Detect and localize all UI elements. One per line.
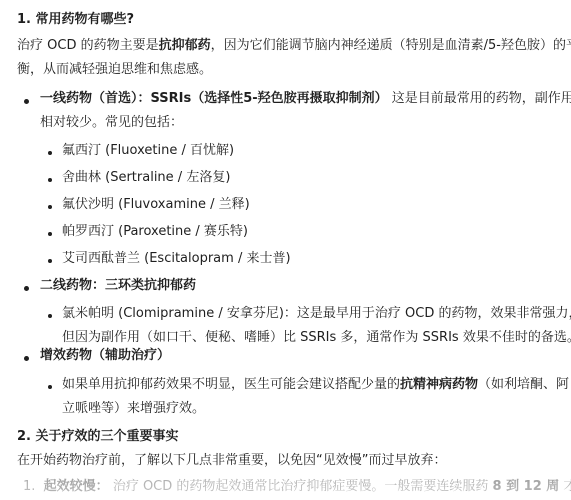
bullet-icon [48, 178, 52, 182]
augment-text-continued: （如利培酮、阿 [478, 377, 569, 392]
intro-text-continued: ，因为它们能调节脑内神经递质（特别是血清素/5-羟色胺）的平 [211, 38, 571, 53]
fact-number: 1. [23, 479, 35, 494]
fact-text-continued: 才能 [559, 479, 571, 494]
first-line-drugs-line2: 相对较少。常见的包括： [40, 111, 183, 135]
fact-title: 起效较慢： [44, 479, 109, 494]
bullet-icon [48, 232, 52, 236]
bullet-icon [24, 286, 29, 291]
intro-paragraph-line2: 衡，从而减轻强迫思维和焦虑感。 [17, 58, 212, 82]
bullet-icon [48, 205, 52, 209]
first-line-drugs-line1: 一线药物（首选）：SSRIs（选择性5-羟色胺再摄取抑制剂） 这是目前最常用的药… [40, 87, 571, 111]
drug-item: 氟伏沙明 (Fluvoxamine / 兰释) [62, 193, 250, 217]
section-heading-common-drugs: 1. 常用药物有哪些? [17, 10, 134, 30]
augment-bold-antipsychotics: 抗精神病药物 [400, 377, 478, 392]
bullet-icon [48, 151, 52, 155]
drug-item: 艾司西酞普兰 (Escitalopram / 来士普) [62, 247, 291, 271]
second-line-drugs-title: 二线药物：三环类抗抑郁药 [40, 274, 196, 298]
section-heading-efficacy-facts: 2. 关于疗效的三个重要事实 [17, 427, 179, 447]
intro-text: 治疗 OCD 的药物主要是 [17, 38, 159, 53]
clomipramine-line1: 氯米帕明 (Clomipramine / 安拿芬尼)：这是最早用于治疗 OCD … [62, 302, 571, 326]
augment-item-line1: 如果单用抗抑郁药效果不明显，医生可能会建议搭配少量的抗精神病药物（如利培酮、阿 [62, 373, 569, 397]
bullet-icon [48, 314, 52, 318]
drug-item: 舍曲林 (Sertraline / 左洛复) [62, 166, 230, 190]
drug-item: 帕罗西汀 (Paroxetine / 赛乐特) [62, 220, 248, 244]
section2-intro: 在开始药物治疗前，了解以下几点非常重要，以免因“见效慢”而过早放弃： [17, 449, 446, 473]
augment-drugs-title: 增效药物（辅助治疗） [40, 344, 170, 368]
drug-item: 氟西汀 (Fluoxetine / 百忧解) [62, 139, 234, 163]
first-line-title: 一线药物（首选）：SSRIs（选择性5-羟色胺再摄取抑制剂） [40, 91, 388, 106]
augment-item-line2: 立哌唑等）来增强疗效。 [62, 397, 205, 421]
fact-bold-weeks: 8 到 12 周 [493, 479, 560, 494]
first-line-desc: 这是目前最常用的药物，副作用 [388, 91, 571, 106]
bullet-icon [24, 356, 29, 361]
second-line-title: 二线药物：三环类抗抑郁药 [40, 278, 196, 293]
intro-bold-antidepressants: 抗抑郁药 [159, 38, 211, 53]
bullet-icon [24, 99, 29, 104]
bullet-icon [48, 259, 52, 263]
bullet-icon [48, 385, 52, 389]
fact-text: 治疗 OCD 的药物起效通常比治疗抑郁症要慢。一般需要连续服药 [109, 479, 493, 494]
augment-title: 增效药物（辅助治疗） [40, 348, 170, 363]
augment-text: 如果单用抗抑郁药效果不明显，医生可能会建议搭配少量的 [62, 377, 400, 392]
intro-paragraph-line1: 治疗 OCD 的药物主要是抗抑郁药，因为它们能调节脑内神经递质（特别是血清素/5… [17, 34, 571, 58]
fact-item-1: 1. 起效较慢： 治疗 OCD 的药物起效通常比治疗抑郁症要慢。一般需要连续服药… [23, 475, 571, 499]
